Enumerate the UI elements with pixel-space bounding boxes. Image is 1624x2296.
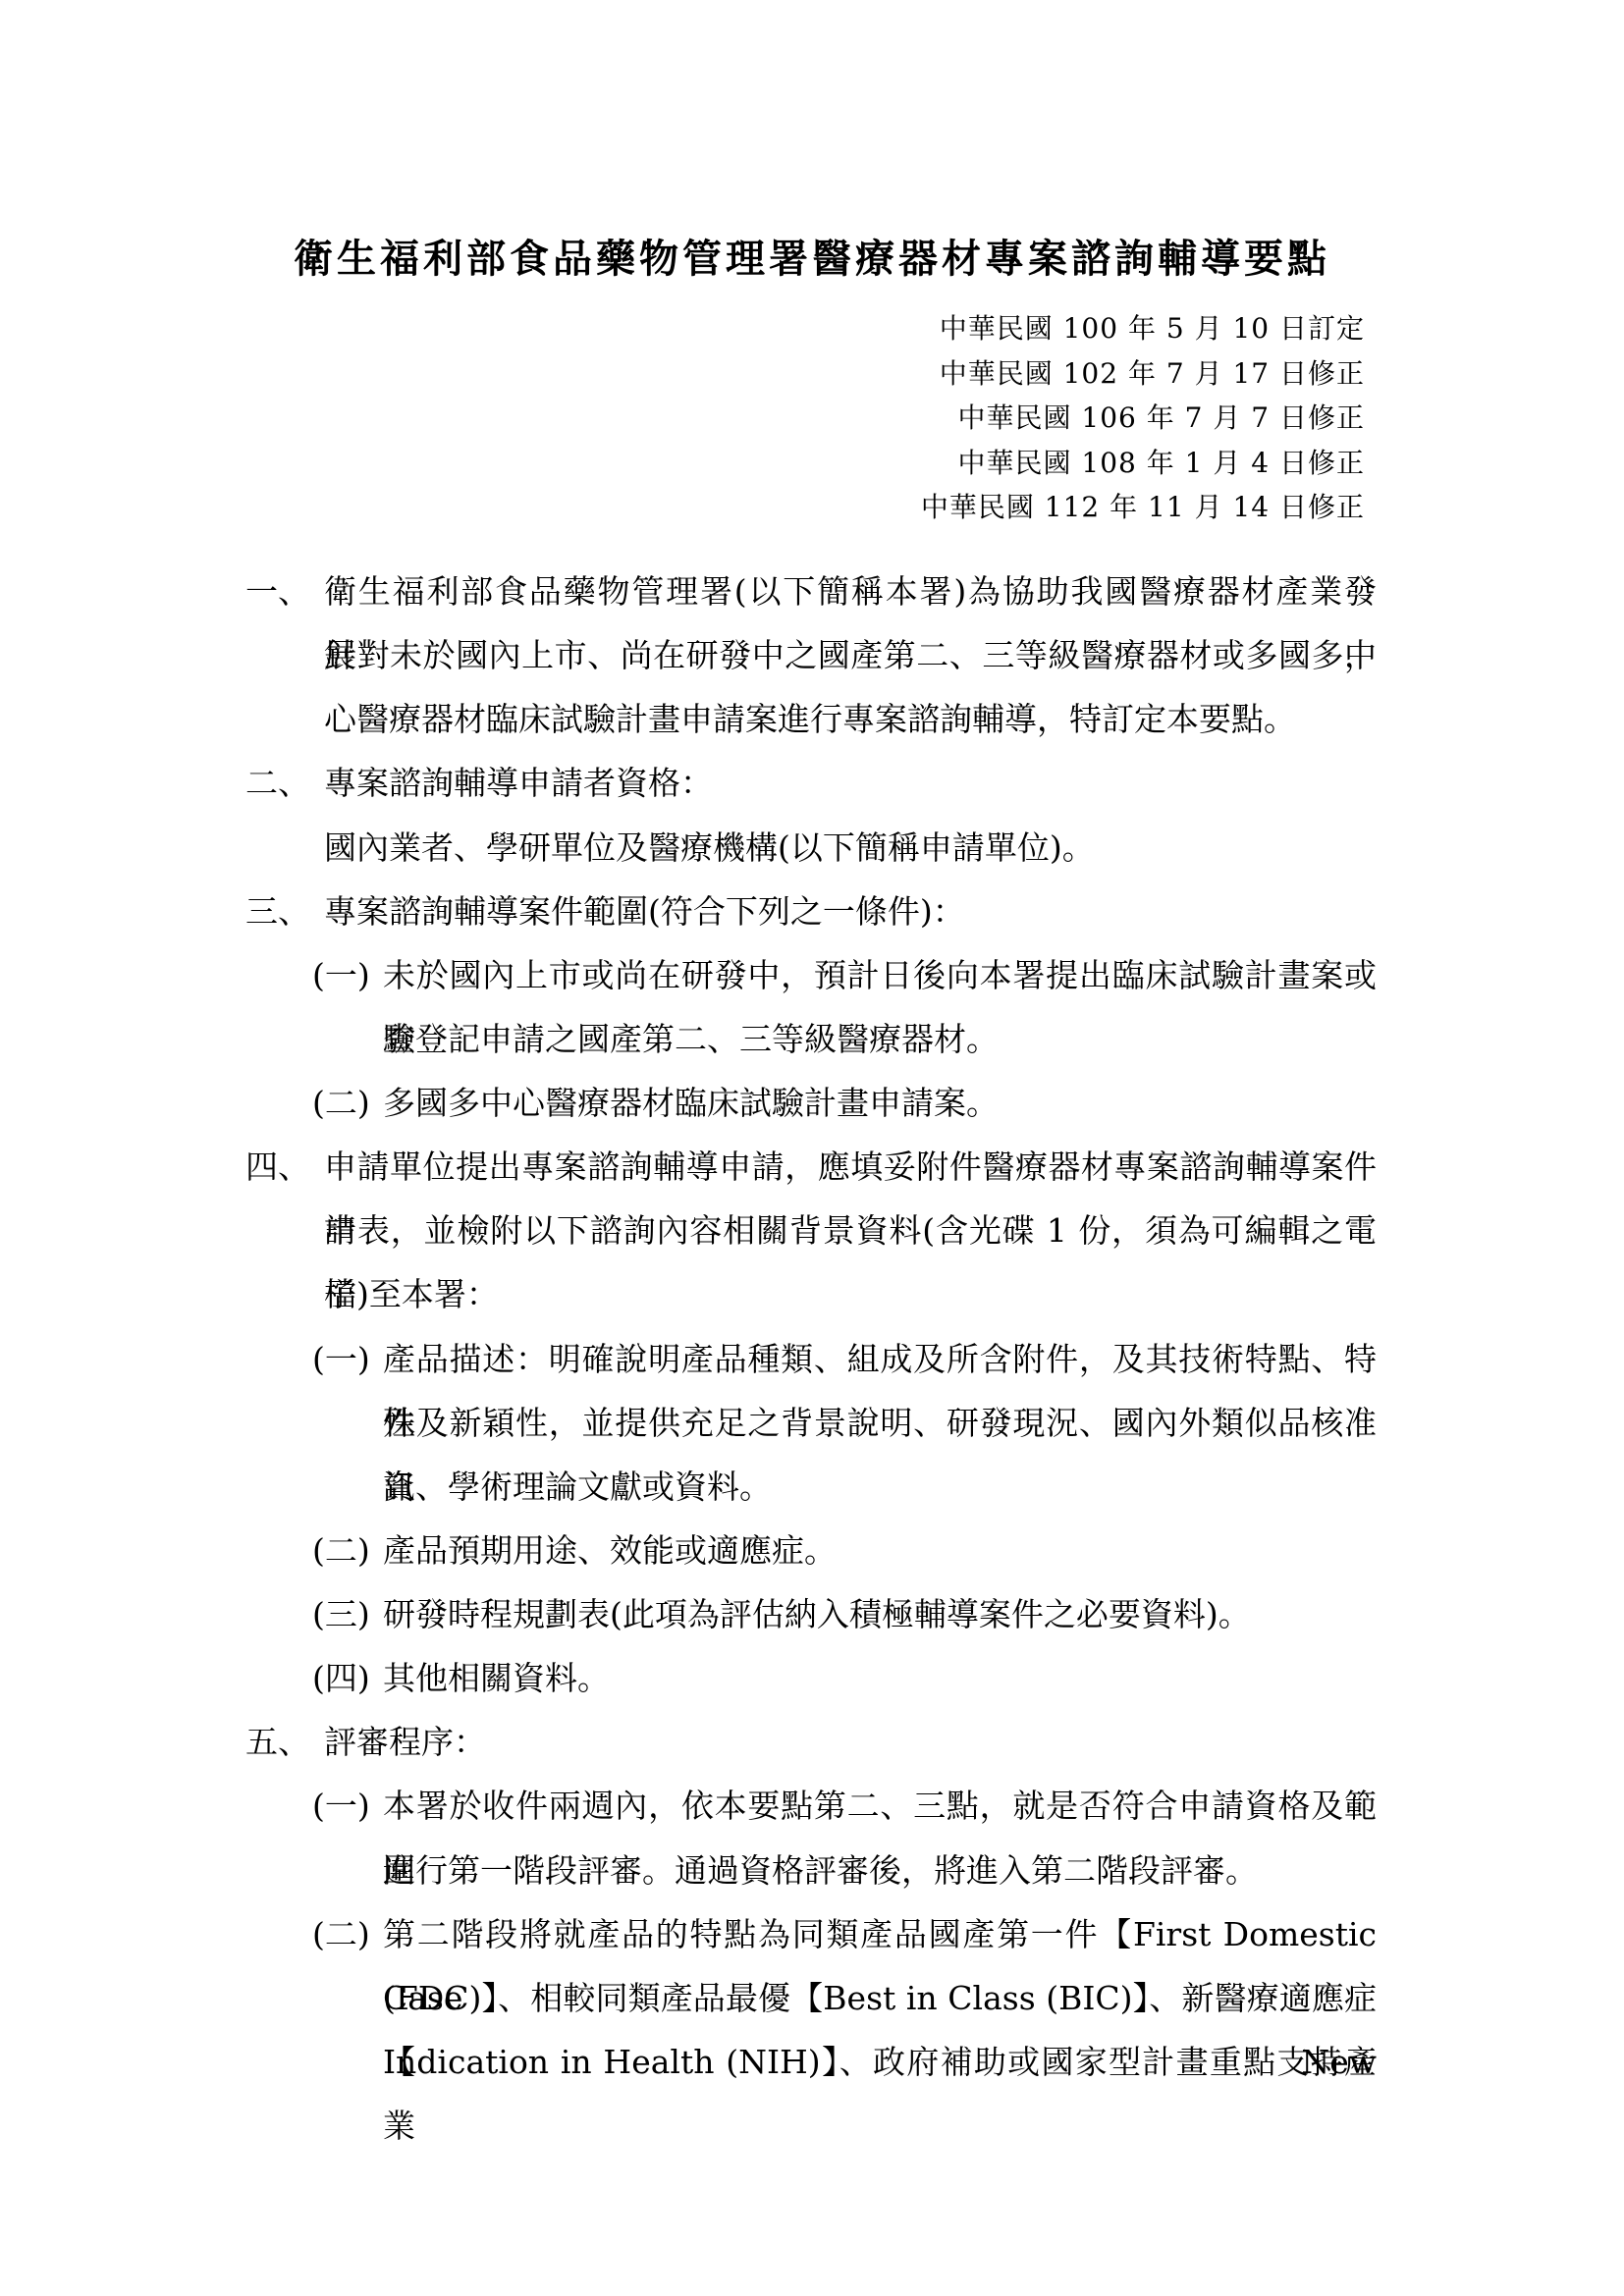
line-text: 研發時程規劃表(此項為評估納入積極輔導案件之必要資料)。 [383, 1582, 1377, 1646]
body-line: 性及新穎性，並提供充足之背景說明、研發現況、國內外類似品核准資 [0, 1391, 1624, 1455]
line-text: 評審程序： [324, 1710, 1377, 1774]
line-text: 針對未於國內上市、尚在研發中之國產第二、三等級醫療器材或多國多中 [324, 623, 1377, 687]
line-text: 專案諮詢輔導案件範圍(符合下列之一條件)： [324, 880, 1377, 943]
body-line: 國內業者、學研單位及醫療機構(以下簡稱申請單位)。 [0, 816, 1624, 880]
body-line: (一) 本署於收件兩週內，依本要點第二、三點，就是否符合申請資格及範圍 [0, 1774, 1624, 1838]
body-line: 請表，並檢附以下諮詢內容相關背景資料(含光碟 1 份，須為可編輯之電子 [0, 1199, 1624, 1262]
line-text: 其他相關資料。 [383, 1646, 1377, 1710]
list-marker: 一、 [245, 560, 310, 623]
body-line: 訊、學術理論文獻或資料。 [0, 1455, 1624, 1519]
revision-date-line: 中華民國 108 年 1 月 4 日修正 [921, 441, 1365, 486]
body-line: (二) 多國多中心醫療器材臨床試驗計畫申請案。 [0, 1071, 1624, 1135]
list-marker: 五、 [245, 1710, 310, 1774]
line-text: 產品預期用途、效能或適應症。 [383, 1519, 1377, 1582]
body-line: 檔)至本署： [0, 1262, 1624, 1326]
body-line: (四) 其他相關資料。 [0, 1646, 1624, 1710]
body-line: 三、 專案諮詢輔導案件範圍(符合下列之一條件)： [0, 880, 1624, 943]
revision-date-line: 中華民國 100 年 5 月 10 日訂定 [921, 306, 1365, 351]
list-marker: (一) [312, 943, 370, 1007]
document-body: 一、 衛生福利部食品藥物管理署(以下簡稱本署)為協助我國醫療器材產業發展， 針對… [0, 560, 1624, 2094]
line-text: 專案諮詢輔導申請者資格： [324, 751, 1377, 815]
list-marker: 二、 [245, 751, 310, 815]
body-line: 針對未於國內上市、尚在研發中之國產第二、三等級醫療器材或多國多中 [0, 623, 1624, 687]
body-line: (一) 未於國內上市或尚在研發中，預計日後向本署提出臨床試驗計畫案或查 [0, 943, 1624, 1007]
line-text: Indication in Health (NIH)】、政府補助或國家型計畫重點… [383, 2030, 1377, 2158]
line-text: 國內業者、學研單位及醫療機構(以下簡稱申請單位)。 [324, 816, 1377, 880]
line-text: 多國多中心醫療器材臨床試驗計畫申請案。 [383, 1071, 1377, 1135]
list-marker: (二) [312, 1519, 370, 1582]
line-text: 心醫療器材臨床試驗計畫申請案進行專案諮詢輔導，特訂定本要點。 [324, 687, 1377, 751]
body-line: Indication in Health (NIH)】、政府補助或國家型計畫重點… [0, 2030, 1624, 2094]
body-line: (二) 第二階段將就產品的特點為同類產品國產第一件【First Domestic… [0, 1902, 1624, 1966]
list-marker: (二) [312, 1902, 370, 1966]
document-title: 衛生福利部食品藥物管理署醫療器材專案諮詢輔導要點 [0, 234, 1624, 285]
line-text: 驗登記申請之國產第二、三等級醫療器材。 [383, 1007, 1377, 1071]
body-line: 二、 專案諮詢輔導申請者資格： [0, 751, 1624, 815]
list-marker: (一) [312, 1774, 370, 1838]
body-line: (FDC)】、相較同類產品最優【Best in Class (BIC)】、新醫療… [0, 1966, 1624, 2030]
list-marker: 四、 [245, 1135, 310, 1199]
revision-date-line: 中華民國 106 年 7 月 7 日修正 [921, 396, 1365, 441]
body-line: (三) 研發時程規劃表(此項為評估納入積極輔導案件之必要資料)。 [0, 1582, 1624, 1646]
revision-date-line: 中華民國 112 年 11 月 14 日修正 [921, 485, 1365, 530]
body-line: 驗登記申請之國產第二、三等級醫療器材。 [0, 1007, 1624, 1071]
revision-date-line: 中華民國 102 年 7 月 17 日修正 [921, 351, 1365, 397]
line-text: 訊、學術理論文獻或資料。 [383, 1455, 1377, 1519]
list-marker: (二) [312, 1071, 370, 1135]
list-marker: (一) [312, 1327, 370, 1391]
list-marker: 三、 [245, 880, 310, 943]
body-line: 進行第一階段評審。通過資格評審後，將進入第二階段評審。 [0, 1839, 1624, 1902]
list-marker: (三) [312, 1582, 370, 1646]
body-line: 心醫療器材臨床試驗計畫申請案進行專案諮詢輔導，特訂定本要點。 [0, 687, 1624, 751]
body-line: (一) 產品描述：明確說明產品種類、組成及所含附件，及其技術特點、特殊 [0, 1327, 1624, 1391]
document-page: 衛生福利部食品藥物管理署醫療器材專案諮詢輔導要點 中華民國 100 年 5 月 … [0, 0, 1624, 2296]
revision-date-block: 中華民國 100 年 5 月 10 日訂定 中華民國 102 年 7 月 17 … [921, 306, 1365, 530]
body-line: (二) 產品預期用途、效能或適應症。 [0, 1519, 1624, 1582]
line-text: 檔)至本署： [324, 1262, 1377, 1326]
line-text: 進行第一階段評審。通過資格評審後，將進入第二階段評審。 [383, 1839, 1377, 1902]
body-line: 五、 評審程序： [0, 1710, 1624, 1774]
body-line: 四、 申請單位提出專案諮詢輔導申請，應填妥附件醫療器材專案諮詢輔導案件申 [0, 1135, 1624, 1199]
body-line: 一、 衛生福利部食品藥物管理署(以下簡稱本署)為協助我國醫療器材產業發展， [0, 560, 1624, 623]
list-marker: (四) [312, 1646, 370, 1710]
